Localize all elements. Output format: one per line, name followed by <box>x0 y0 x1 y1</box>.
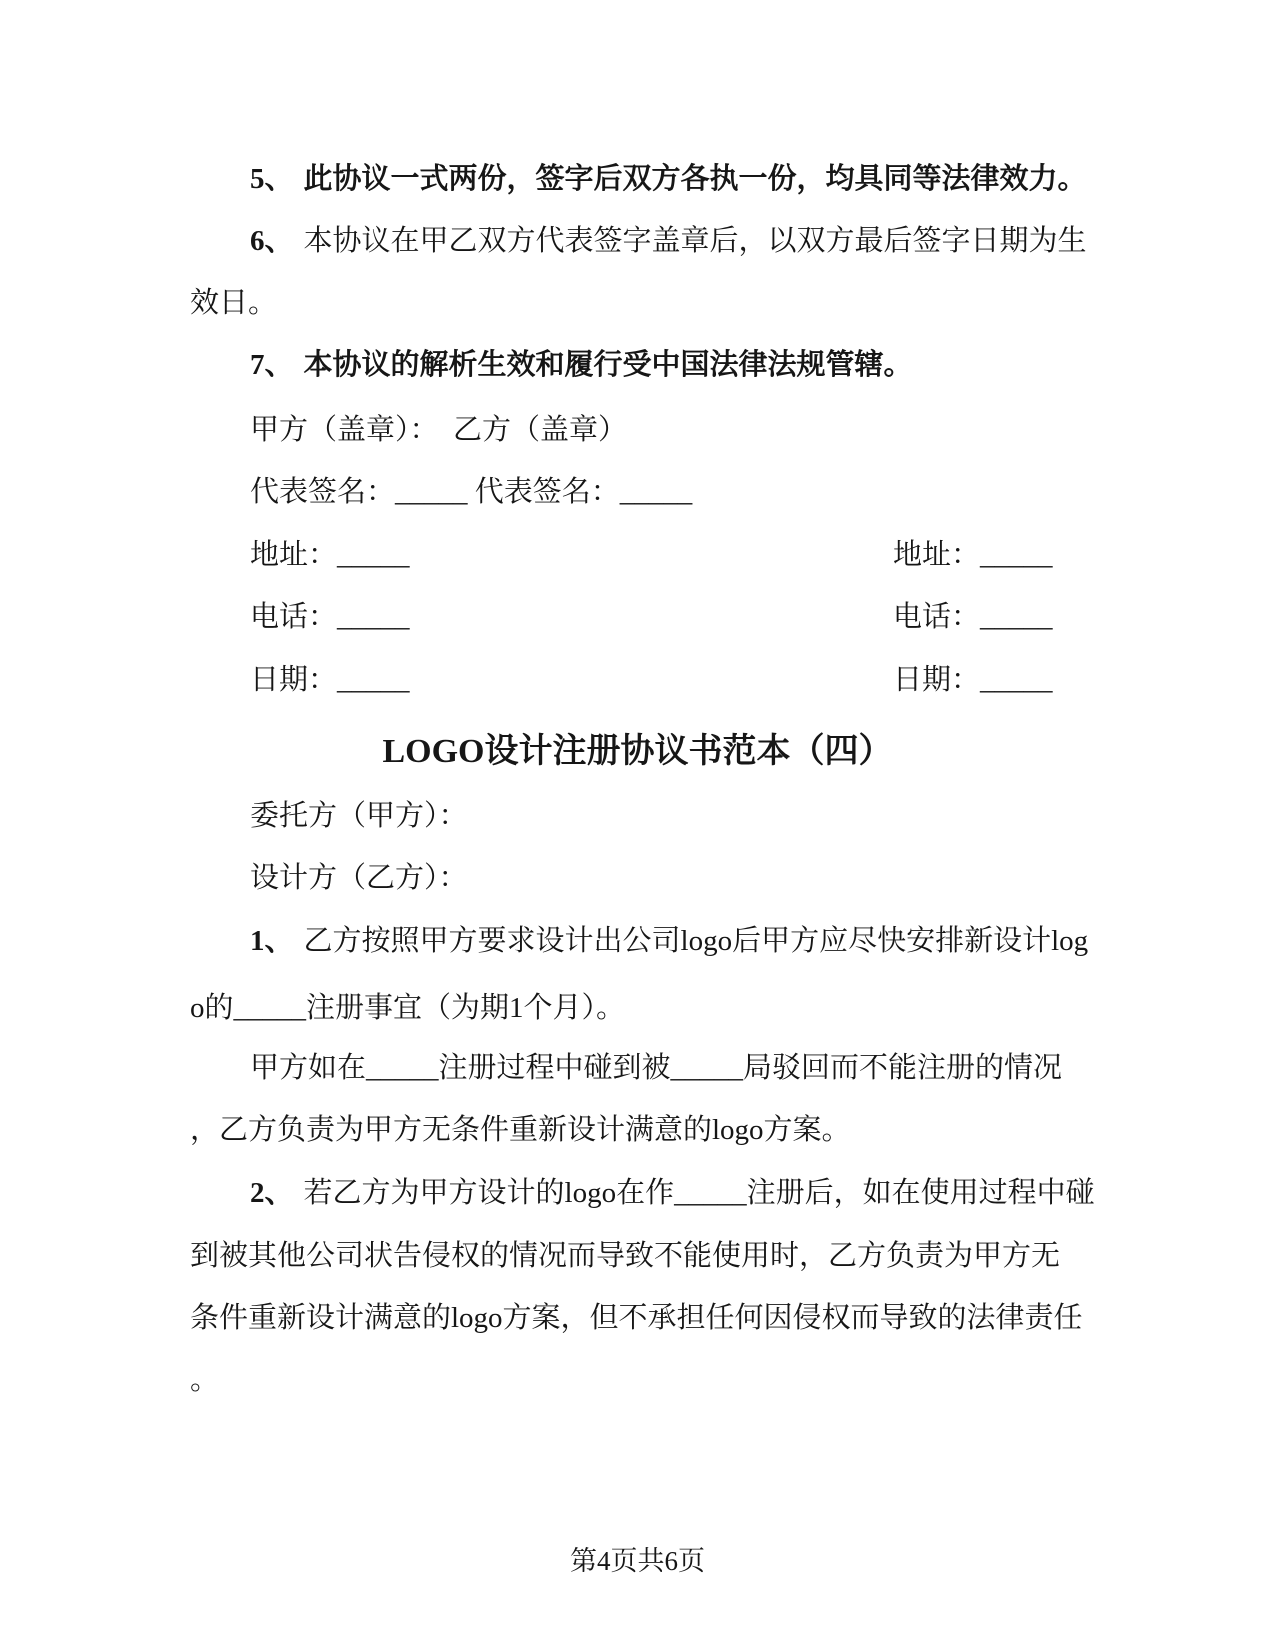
page-number-indicator: 第4页共6页 <box>0 1541 1275 1581</box>
clause-1-number: 1、 <box>250 925 294 957</box>
clause-2-continuation-3: 。 <box>190 1360 1085 1400</box>
clause-7-line: 7、本协议的解析生效和履行受中国法律法规管辖。 <box>190 345 1145 385</box>
clause-2-text: 若乙方为甲方设计的logo在作_____注册后，如在使用过程中碰 <box>304 1177 1095 1209</box>
clause-1-continuation-3: ，乙方负责为甲方无条件重新设计满意的logo方案。 <box>190 1110 1085 1150</box>
clause-2-continuation-2: 条件重新设计满意的logo方案，但不承担任何因侵权而导致的法律责任 <box>190 1298 1085 1338</box>
section-title: LOGO设计注册协议书范本（四） <box>0 729 1275 775</box>
clause-2-line: 2、若乙方为甲方设计的logo在作_____注册后，如在使用过程中碰 <box>190 1173 1145 1213</box>
clause-1-text: 乙方按照甲方要求设计出公司logo后甲方应尽快安排新设计log <box>304 925 1089 957</box>
date-left: 日期：_____ <box>250 664 410 696</box>
date-row: 日期：_____日期：_____ <box>190 660 1145 700</box>
clause-5-number: 5、 <box>250 163 294 195</box>
clause-7-number: 7、 <box>250 349 294 381</box>
clause-6-number: 6、 <box>250 225 294 257</box>
address-right: 地址：_____ <box>893 535 1053 575</box>
clause-5-text: 此协议一式两份，签字后双方各执一份，均具同等法律效力。 <box>304 163 1087 195</box>
designer-party-line: 设计方（乙方）： <box>190 858 1145 898</box>
clause-6-continuation: 效日。 <box>190 283 1085 323</box>
phone-left: 电话：_____ <box>250 601 410 633</box>
date-right: 日期：_____ <box>893 660 1053 700</box>
phone-right: 电话：_____ <box>893 597 1053 637</box>
clause-6-line: 6、本协议在甲乙双方代表签字盖章后，以双方最后签字日期为生 <box>190 221 1145 261</box>
clause-2-number: 2、 <box>250 1177 294 1209</box>
document-page: 5、此协议一式两份，签字后双方各执一份，均具同等法律效力。 6、本协议在甲乙双方… <box>0 0 1275 1650</box>
client-party-line: 委托方（甲方）： <box>190 796 1145 836</box>
phone-row: 电话：_____电话：_____ <box>190 597 1145 637</box>
clause-1-continuation-1: o的_____注册事宜（为期1个月）。 <box>190 988 1085 1028</box>
clause-5-line: 5、此协议一式两份，签字后双方各执一份，均具同等法律效力。 <box>190 159 1145 199</box>
address-left: 地址：_____ <box>250 539 410 571</box>
representative-signature-line: 代表签名：_____ 代表签名：_____ <box>190 472 1145 512</box>
clause-7-text: 本协议的解析生效和履行受中国法律法规管辖。 <box>304 349 913 381</box>
clause-2-continuation-1: 到被其他公司状告侵权的情况而导致不能使用时，乙方负责为甲方无 <box>190 1236 1085 1276</box>
address-row: 地址：_____地址：_____ <box>190 535 1145 575</box>
clause-1-continuation-2: 甲方如在_____注册过程中碰到被_____局驳回而不能注册的情况 <box>190 1048 1145 1088</box>
party-seal-line: 甲方（盖章）： 乙方（盖章） <box>190 410 1145 450</box>
clause-6-text: 本协议在甲乙双方代表签字盖章后，以双方最后签字日期为生 <box>304 225 1087 257</box>
clause-1-line: 1、乙方按照甲方要求设计出公司logo后甲方应尽快安排新设计log <box>190 921 1145 961</box>
